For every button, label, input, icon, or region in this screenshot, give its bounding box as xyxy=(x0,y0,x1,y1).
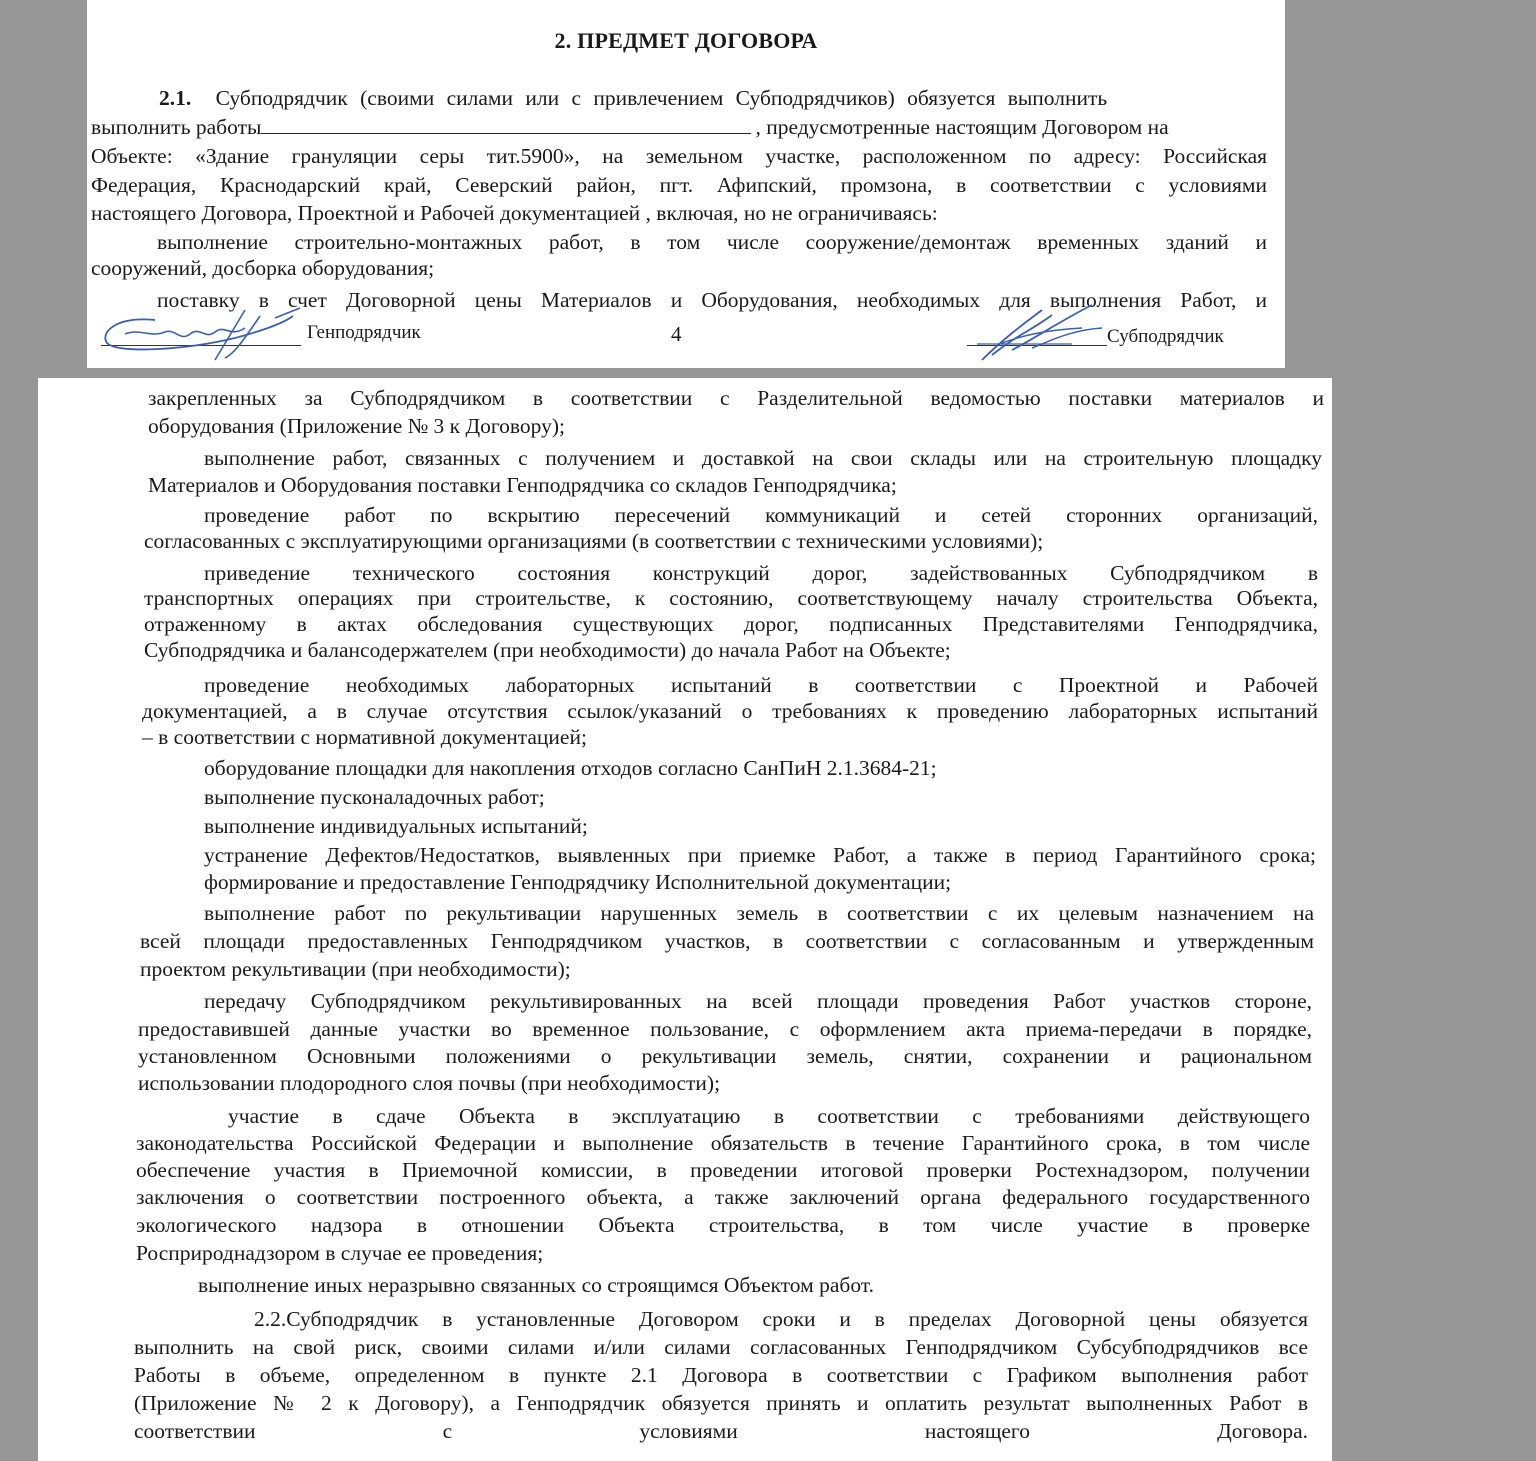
text-line: выполнение работ по рекультивации наруше… xyxy=(204,900,1314,926)
text-line: предоставившей данные участки во временн… xyxy=(138,1016,1312,1042)
text-line: заключения о соответствии построенного о… xyxy=(136,1184,1310,1210)
text-line: соответствии с условиями настоящего Дого… xyxy=(134,1418,1308,1444)
text-line: приведение технического состояния констр… xyxy=(204,560,1318,586)
text-line: Работы в объеме, определенном в пункте 2… xyxy=(134,1362,1308,1388)
text-line: закрепленных за Субподрядчиком в соответ… xyxy=(148,385,1324,411)
blank-fill-line xyxy=(261,115,751,134)
text-line: – в соответствии с нормативной документа… xyxy=(142,724,587,750)
text-line: оборудования (Приложение № 3 к Договору)… xyxy=(148,413,565,439)
text-line: сооружений, досборка оборудования; xyxy=(91,255,434,281)
text-line: использовании плодородного слоя почвы (п… xyxy=(138,1070,720,1096)
text-line: Субподрядчика и балансодержателем (при н… xyxy=(144,637,951,663)
text-line: формирование и предоставление Генподрядч… xyxy=(204,869,951,895)
signature-scribble-icon xyxy=(972,300,1122,368)
text-line: проектом рекультивации (при необходимост… xyxy=(140,956,571,982)
text-line: согласованных с эксплуатирующими организ… xyxy=(144,528,1043,554)
text-line: проведение необходимых лабораторных испы… xyxy=(204,672,1318,698)
text-line: (Приложение № 2 к Договору), а Генподряд… xyxy=(134,1390,1308,1416)
text-line: выполнение иных неразрывно связанных со … xyxy=(198,1272,874,1298)
text-line: , предусмотренные настоящим Договором на xyxy=(755,115,1168,139)
text-line: выполнить работы xyxy=(91,115,261,139)
text-line: выполнение индивидуальных испытаний; xyxy=(204,813,588,839)
text-line: обеспечение участия в Приемочной комисси… xyxy=(136,1157,1310,1183)
text-line: документацией, а в случае отсутствия ссы… xyxy=(142,698,1318,724)
text-line: передачу Субподрядчиком рекультивированн… xyxy=(204,988,1312,1014)
text-line: выполнение строительно-монтажных работ, … xyxy=(157,229,1267,255)
clause-number: 2.1. xyxy=(159,86,191,110)
text-line: установленном Основными положениями о ре… xyxy=(138,1043,1312,1069)
text-line: проведение работ по вскрытию пересечений… xyxy=(204,502,1318,528)
text-line: оборудование площадки для накопления отх… xyxy=(204,755,937,781)
text-line: участие в сдаче Объекта в эксплуатацию в… xyxy=(228,1103,1310,1129)
text-line: устранение Дефектов/Недостатков, выявлен… xyxy=(204,842,1316,868)
footer-label-subcontractor: Субподрядчик xyxy=(1107,326,1224,348)
text-line: Материалов и Оборудования поставки Генпо… xyxy=(148,472,897,498)
text-line: выполнение работ, связанных с получением… xyxy=(204,445,1322,471)
document-page-top: 2. ПРЕДМЕТ ДОГОВОРА 2.1. Субподрядчик (с… xyxy=(87,0,1285,368)
text-line: Росприроднадзором в случае ее проведения… xyxy=(136,1240,543,1266)
page-number: 4 xyxy=(671,322,682,347)
clause-2-1-line-2: выполнить работы, предусмотренные настоя… xyxy=(91,114,1267,140)
text-line: отраженному в актах обследования существ… xyxy=(144,611,1318,637)
text-line: транспортных операциях при строительстве… xyxy=(144,585,1318,611)
text-line: всей площади предоставленных Генподрядчи… xyxy=(140,928,1314,954)
document-page-bottom: закрепленных за Субподрядчиком в соответ… xyxy=(38,378,1332,1461)
section-title: 2. ПРЕДМЕТ ДОГОВОРА xyxy=(87,28,1285,54)
text-line: Субподрядчик (своими силами или с привле… xyxy=(216,86,1108,110)
text-line: Объекте: «Здание грануляции серы тит.590… xyxy=(91,143,1267,169)
clause-2-2-line: 2.2.Субподрядчик в установленные Договор… xyxy=(254,1306,1308,1332)
text-line: настоящего Договора, Проектной и Рабочей… xyxy=(91,200,938,226)
signature-scribble-icon xyxy=(95,298,305,368)
clause-2-1-line-1: 2.1. Субподрядчик (своими силами или с п… xyxy=(159,85,1267,111)
text-line: законодательства Российской Федерации и … xyxy=(136,1130,1310,1156)
text-line: Федерация, Краснодарский край, Северский… xyxy=(91,172,1267,198)
footer-label-general-contractor: Генподрядчик xyxy=(307,322,421,344)
text-line: выполнение пусконаладочных работ; xyxy=(204,784,545,810)
text-line: выполнить на свой риск, своими силами и/… xyxy=(134,1334,1308,1360)
text-line: экологического надзора в отношении Объек… xyxy=(136,1212,1310,1238)
